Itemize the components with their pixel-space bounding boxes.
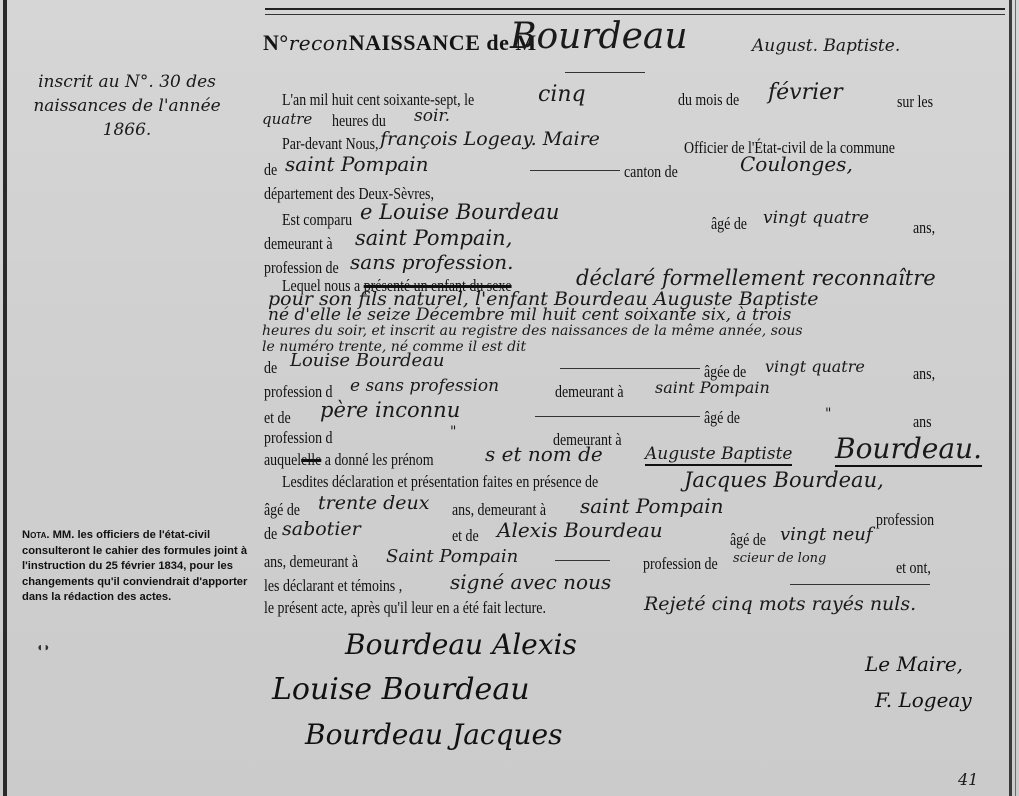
fill-dash bbox=[530, 170, 620, 171]
hand-signed: signé avec nous bbox=[450, 570, 611, 594]
printed-text: Est comparu bbox=[282, 210, 352, 230]
printed-text: ans, bbox=[913, 218, 935, 238]
child-given-names: August. Baptiste. bbox=[752, 36, 900, 56]
right-border-rule-thin bbox=[1015, 0, 1016, 796]
printed-text: auquelelle a donné les prénom bbox=[264, 450, 434, 470]
signature-mayor: F. Logeay bbox=[875, 688, 972, 712]
printed-text: sur les bbox=[897, 92, 933, 112]
printed-text: profession d bbox=[264, 428, 333, 448]
printed-text: a donné le bbox=[325, 450, 382, 469]
printed-text: ans, bbox=[913, 364, 935, 384]
printed-text: de bbox=[264, 160, 277, 180]
printed-text: et de bbox=[452, 526, 479, 546]
margin-note-line: 1866. bbox=[12, 118, 242, 142]
printed-text: âgé de bbox=[711, 214, 747, 234]
fill-dash bbox=[560, 368, 700, 369]
fill-dash bbox=[555, 560, 610, 561]
nota-text: MM. les officiers de l'état-civil consul… bbox=[22, 529, 247, 603]
hand-surname: Bourdeau. bbox=[835, 432, 982, 467]
printed-text: âgé de bbox=[730, 530, 766, 550]
hand-recognition: déclaré formellement reconnaître bbox=[576, 266, 936, 290]
printed-text: ans bbox=[913, 412, 932, 432]
printed-text: demeurant à bbox=[264, 234, 333, 254]
hand-canton: Coulonges, bbox=[740, 152, 853, 176]
printed-text: auquel bbox=[264, 450, 301, 469]
signature-louise-bourdeau: Louise Bourdeau bbox=[272, 672, 530, 707]
hand-full-name: Auguste Baptiste bbox=[645, 444, 792, 466]
civil-registry-page: N°reconNAISSANCE de M Bourdeau August. B… bbox=[0, 0, 1019, 796]
hand-residence: saint Pompain bbox=[655, 378, 770, 397]
hand-witness1: Jacques Bourdeau, bbox=[684, 468, 884, 492]
left-border-rule bbox=[3, 0, 7, 796]
handwritten-prefix: recon bbox=[289, 31, 349, 55]
hand-profession: sabotier bbox=[282, 518, 361, 540]
printed-text: de bbox=[264, 524, 277, 544]
hand-age: vingt neuf bbox=[780, 524, 873, 545]
correction-text: elle bbox=[301, 450, 321, 469]
margin-note-line: inscrit au N°. 30 des bbox=[12, 70, 242, 94]
printed-text: profession bbox=[876, 510, 934, 530]
hand-ditto: " bbox=[450, 424, 456, 440]
page-number: 41 bbox=[958, 770, 978, 789]
hand-plural: s bbox=[382, 450, 387, 469]
hand-father: père inconnu bbox=[320, 398, 460, 422]
hand-commune: saint Pompain bbox=[285, 152, 429, 176]
nota-label: Nota. bbox=[22, 529, 49, 541]
printed-text: demeurant à bbox=[555, 382, 624, 402]
hand-residence: saint Pompain, bbox=[355, 226, 512, 250]
printed-title: NAISSANCE de M bbox=[349, 30, 537, 55]
signature-jacques-bourdeau: Bourdeau Jacques bbox=[305, 718, 562, 751]
fill-dash bbox=[535, 416, 700, 417]
hand-profession: e sans profession bbox=[350, 376, 499, 396]
child-surname: Bourdeau bbox=[510, 16, 688, 57]
hand-age: trente deux bbox=[318, 492, 429, 514]
hand-officer: françois Logeay. Maire bbox=[380, 128, 600, 150]
hand-residence: Saint Pompain bbox=[386, 546, 518, 567]
hand-hour: quatre bbox=[262, 110, 312, 128]
hand-note: Rejeté cinq mots rayés nuls. bbox=[644, 593, 916, 615]
nota-instructions: Nota. MM. les officiers de l'état-civil … bbox=[22, 528, 260, 606]
hand-month: février bbox=[768, 80, 843, 105]
printed-text: âgé de bbox=[264, 500, 300, 520]
printed-text: heures du bbox=[332, 111, 386, 131]
hand-time: soir. bbox=[414, 106, 450, 126]
printed-text: du mois de bbox=[678, 90, 739, 110]
top-double-rule-thin bbox=[265, 14, 1005, 15]
printed-text: prénom bbox=[391, 450, 434, 469]
hand-residence: saint Pompain bbox=[580, 494, 724, 518]
hand-text: s et nom de bbox=[485, 442, 603, 466]
number-prefix: N° bbox=[263, 30, 289, 55]
hand-day: cinq bbox=[538, 82, 586, 107]
right-border-rule bbox=[1009, 0, 1012, 796]
fill-dash bbox=[790, 584, 930, 585]
printed-text: profession de bbox=[643, 554, 718, 574]
act-title: N°reconNAISSANCE de M bbox=[263, 30, 537, 56]
hand-declarant: e Louise Bourdeau bbox=[360, 200, 559, 224]
mayor-title: Le Maire, bbox=[865, 652, 963, 676]
margin-note-line: naissances de l'année bbox=[12, 94, 242, 118]
printed-text: et de bbox=[264, 408, 291, 428]
printed-text: et ont, bbox=[896, 558, 931, 578]
hand-profession: sans profession. bbox=[350, 250, 514, 274]
printed-text: Par-devant Nous, bbox=[282, 134, 379, 154]
printed-text: Lesdites déclaration et présentation fai… bbox=[282, 472, 598, 492]
hand-witness2: Alexis Bourdeau bbox=[497, 518, 663, 542]
printed-text: âgé de bbox=[704, 408, 740, 428]
hand-age: vingt quatre bbox=[763, 208, 869, 228]
printed-text: les déclarant et témoins , bbox=[264, 576, 402, 596]
hand-age: vingt quatre bbox=[765, 357, 865, 376]
printed-text: ans, demeurant à bbox=[452, 500, 546, 520]
title-underline bbox=[565, 72, 645, 73]
hand-profession: scieur de long bbox=[733, 551, 826, 566]
printed-text: profession de bbox=[264, 258, 339, 278]
printed-text: ans, demeurant à bbox=[264, 552, 358, 572]
hand-ditto: " bbox=[825, 406, 831, 422]
printed-text: canton de bbox=[624, 162, 678, 182]
printed-text: le présent acte, après qu'il leur en a é… bbox=[264, 598, 546, 618]
hand-line: né d'elle le seize Décembre mil huit cen… bbox=[268, 305, 791, 325]
hand-mother: Louise Bourdeau bbox=[290, 350, 445, 371]
signature-alexis-bourdeau: Bourdeau Alexis bbox=[345, 628, 577, 661]
printed-text: de bbox=[264, 358, 277, 378]
margin-note: inscrit au N°. 30 des naissances de l'an… bbox=[12, 70, 242, 142]
ink-mark: ◖◗ bbox=[36, 640, 51, 655]
top-double-rule bbox=[265, 8, 1005, 10]
hand-line: heures du soir, et inscrit au registre d… bbox=[262, 323, 803, 339]
